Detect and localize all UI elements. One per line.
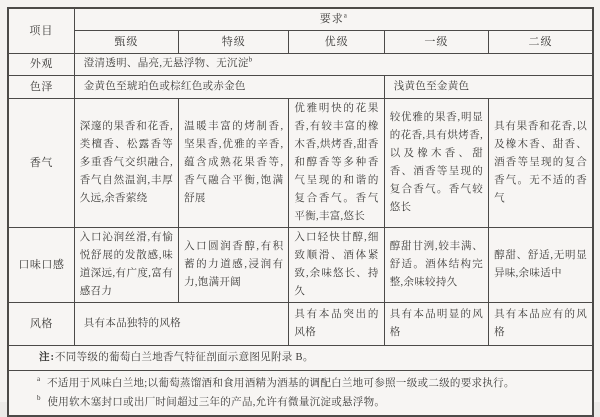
note-text: 不同等级的葡萄白兰地香气特征剖面示意图见附录 B。 xyxy=(55,352,314,363)
footnote-marker-a: a xyxy=(344,12,347,20)
column-header-requirement: 要求a xyxy=(74,8,593,30)
row-taste: 口味口感 入口沁润丝滑,有愉悦舒展的发散感,味道深远,有广度,富有感召力 入口圆… xyxy=(8,227,593,302)
row-style: 风格 具有本品独特的风格 具有本品突出的风格 具有本品明显的风格 具有本品应有的… xyxy=(8,302,593,345)
footnote-a-text: 不适用于风味白兰地;以葡萄蒸馏酒和食用酒精为酒基的调配白兰地可参照一级或二级的要… xyxy=(47,378,515,389)
aroma-cell-you: 优雅明快的花果香,有较丰富的橡木香,烘烤香,甜香和醇香等多种香气呈现的和谐的复合… xyxy=(289,98,384,227)
footnote-b: b使用软木塞封口或出厂时间超过三年的产品,允许有微量沉淀或悬浮物。 xyxy=(37,393,588,412)
style-cell-zhen-te: 具有本品独特的风格 xyxy=(74,302,289,345)
row-footnotes: a不适用于风味白兰地;以葡萄蒸馏酒和食用酒精为酒基的调配白兰地可参照一级或二级的… xyxy=(8,370,593,416)
footnote-b-marker: b xyxy=(37,394,41,402)
row-label-aroma: 香气 xyxy=(8,98,74,227)
style-cell-er: 具有本品应有的风格 xyxy=(489,302,593,345)
color-cell-high-grades: 金黄色至琥珀色或棕红色或赤金色 xyxy=(74,75,384,98)
column-header-grade-te: 特级 xyxy=(179,30,289,53)
taste-cell-te: 入口圆润香醇,有积蓄的力道感,浸润有力,饱满开阔 xyxy=(179,227,289,302)
row-appearance: 外观 澄清透明、晶亮,无悬浮物、无沉淀b xyxy=(8,53,593,75)
requirement-label: 要求 xyxy=(320,13,344,25)
aroma-cell-te: 温暖丰富的烤制香,坚果香,优雅的辛香,蕴含成熟花果香等,香气融合平衡,饱满舒展 xyxy=(179,98,289,227)
style-cell-you: 具有本品突出的风格 xyxy=(289,302,384,345)
style-cell-yi: 具有本品明显的风格 xyxy=(384,302,488,345)
taste-cell-yi: 醇甜甘洌,较丰满、舒适。酒体结构完整,余味较持久 xyxy=(384,227,488,302)
footnotes-cell: a不适用于风味白兰地;以葡萄蒸馏酒和食用酒精为酒基的调配白兰地可参照一级或二级的… xyxy=(8,370,593,416)
column-header-grade-you: 优级 xyxy=(289,30,384,53)
row-aroma: 香气 深邃的果香和花香,类檀香、松露香等多重香气交织融合,香气自然温润,丰厚久远… xyxy=(8,98,593,227)
header-row-1: 项目 要求a xyxy=(8,8,593,30)
row-label-taste: 口味口感 xyxy=(8,227,74,302)
taste-cell-zhen: 入口沁润丝滑,有愉悦舒展的发散感,味道深远,有广度,富有感召力 xyxy=(74,227,178,302)
column-header-grade-zhen: 甄级 xyxy=(74,30,178,53)
footnote-b-text: 使用软木塞封口或出厂时间超过三年的产品,允许有微量沉淀或悬浮物。 xyxy=(48,397,386,408)
note-cell: 注:不同等级的葡萄白兰地香气特征剖面示意图见附录 B。 xyxy=(8,345,593,370)
column-header-grade-yi: 一级 xyxy=(384,30,488,53)
footnote-a: a不适用于风味白兰地;以葡萄蒸馏酒和食用酒精为酒基的调配白兰地可参照一级或二级的… xyxy=(37,374,588,393)
note-prefix: 注: xyxy=(39,352,55,363)
header-row-grades: 甄级 特级 优级 一级 二级 xyxy=(8,30,593,53)
color-cell-low-grades: 浅黄色至金黄色 xyxy=(384,75,593,98)
footnote-a-marker: a xyxy=(37,375,40,383)
row-color: 色泽 金黄色至琥珀色或棕红色或赤金色 浅黄色至金黄色 xyxy=(8,75,593,98)
column-header-item: 项目 xyxy=(8,8,74,53)
taste-cell-er: 醇甜、舒适,无明显异味,余味适中 xyxy=(489,227,593,302)
row-label-style: 风格 xyxy=(8,302,74,345)
brandy-sensory-requirements-table: 项目 要求a 甄级 特级 优级 一级 二级 外观 澄清透明、晶亮,无悬浮物、无沉… xyxy=(7,7,594,417)
row-note: 注:不同等级的葡萄白兰地香气特征剖面示意图见附录 B。 xyxy=(8,345,593,370)
aroma-cell-zhen: 深邃的果香和花香,类檀香、松露香等多重香气交织融合,香气自然温润,丰厚久远,余香… xyxy=(74,98,178,227)
row-label-appearance: 外观 xyxy=(8,53,74,75)
footnote-marker-b: b xyxy=(249,56,253,64)
appearance-cell: 澄清透明、晶亮,无悬浮物、无沉淀b xyxy=(74,53,593,75)
appearance-text: 澄清透明、晶亮,无悬浮物、无沉淀 xyxy=(84,58,249,69)
row-label-color: 色泽 xyxy=(8,75,74,98)
taste-cell-you: 入口轻快甘醇,细致顺滑、酒体紧致,余味悠长、持久 xyxy=(289,227,384,302)
document-page: 项目 要求a 甄级 特级 优级 一级 二级 外观 澄清透明、晶亮,无悬浮物、无沉… xyxy=(0,0,600,402)
aroma-cell-er: 具有果香和花香,以及橡木香、甜香、酒香等呈现的复合香气。无不适的香气 xyxy=(489,98,593,227)
column-header-grade-er: 二级 xyxy=(489,30,593,53)
aroma-cell-yi: 较优雅的果香,明显的花香,具有烘烤香,以及橡木香、甜香、酒香等呈现的复合香气。香… xyxy=(384,98,488,227)
